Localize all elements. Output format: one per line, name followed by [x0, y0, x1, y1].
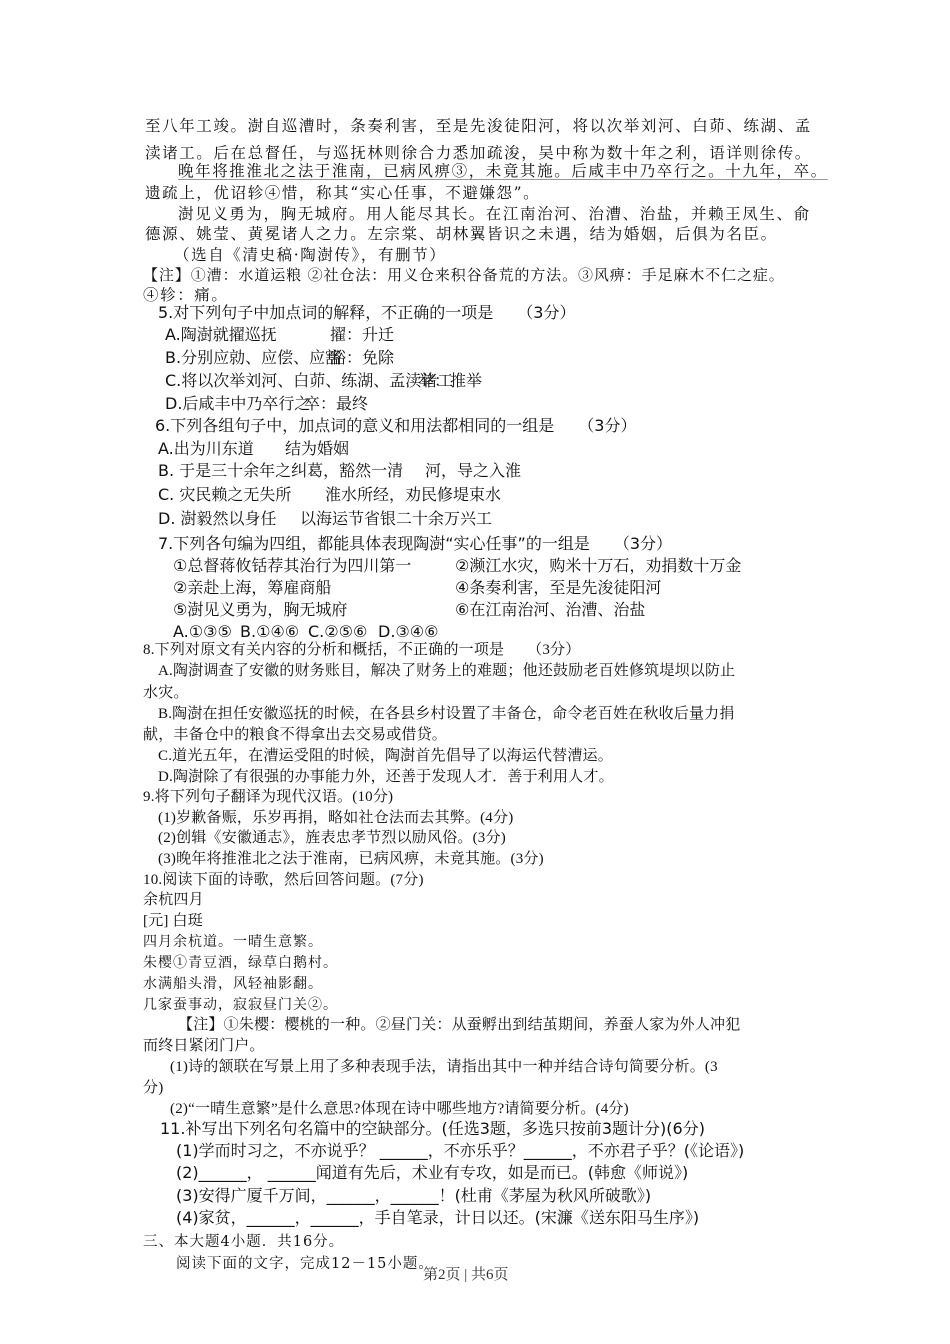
passage-source: （选自《清史稿·陶澍传》，有删节） — [174, 248, 446, 264]
q7-choice-a: A.①③⑤ — [173, 624, 232, 640]
q6-option-a: A.出为川东道 — [158, 441, 254, 457]
q5-option-d-gloss: 卒：最终 — [304, 396, 368, 412]
poem-line: 四月余杭道。一晴生意繁。 — [143, 935, 323, 949]
q11-item-3: (3)安得广厦千万间，______，______！(杜甫《茅屋为秋风所破歌》) — [176, 1188, 651, 1204]
q11-item-1: (1)学而时习之，不亦说乎？ ______，不亦乐乎？______，不亦君子乎？… — [176, 1143, 744, 1159]
section-3-instruction: 阅读下面的文字，完成12－15小题。 — [176, 1257, 434, 1272]
passage-line: 至八年工竣。澍自巡漕时，条奏利害，至是先浚徒阳河，将以次举刘河、白茆、练湖、孟 — [145, 119, 812, 135]
q6-option-d-second: 以海运节省银二十余万兴工 — [300, 511, 492, 527]
q7-item: ②濒江水灾，购米十万石，劝捐数十万金 — [455, 558, 741, 574]
q7-item: ②亲赴上海，筹雇商船 — [173, 580, 331, 596]
poem-notes-cont: 而终日紧闭门户。 — [143, 1039, 265, 1054]
q9-item: (1)岁歉备赈，乐岁再捐，略如社仓法而去其弊。(4分) — [158, 811, 513, 826]
q9-item: (3)晚年将推淮北之法于淮南，已病风痹，未竟其施。(3分) — [158, 852, 544, 867]
question-8-stem: 8.下列对原文有关内容的分析和概括，不正确的一项是 （3分） — [143, 643, 580, 658]
q8-option-b: B.陶澍在担任安徽巡抚的时候，在各县乡村设置了丰备仓，命令老百姓在秋收后量力捐 — [158, 707, 735, 722]
passage-line: 晚年将推淮北之法于淮南，已病风痹③，未竟其施。后咸丰中乃卒行之。十九年，卒。 — [178, 164, 828, 180]
q6-option-d: D. 澍毅然以身任 — [158, 511, 277, 527]
q9-item: (2)创辑《安徽通志》，旌表忠孝节烈以励风俗。(3分) — [158, 831, 506, 846]
q6-option-a-second: 结为婚姻 — [285, 441, 349, 457]
poem-notes: 【注】①朱樱：樱桃的一种。②昼门关：从蚕孵出到结茧期间，养蚕人家为外人冲犯 — [178, 1018, 740, 1033]
poem-line: 几家蚕事动，寂寂昼门关②。 — [143, 998, 338, 1012]
q8-option-c: C.道光五年，在漕运受阻的时候，陶澍首先倡导了以海运代替漕运。 — [158, 749, 613, 764]
q8-option-b-cont: 献，丰备仓中的粮食不得拿出去交易或借贷。 — [143, 728, 447, 743]
q8-option-a: A.陶澍调查了安徽的财务账目，解决了财务上的难题；他还鼓励老百姓修筑堤坝以防止 — [158, 664, 735, 679]
question-9-stem: 9.将下列句子翻译为现代汉语。(10分) — [143, 790, 393, 805]
q6-option-b-second: 河，导之入淮 — [425, 463, 521, 479]
question-11-stem: 11.补写出下列名句名篇中的空缺部分。(任选3题，多选只按前3题计分)(6分) — [160, 1121, 705, 1137]
q6-option-c-second: 淮水所经，劝民修堤束水 — [325, 487, 501, 503]
q7-item: ⑤澍见义勇为，胸无城府 — [173, 602, 347, 618]
q5-option-b-gloss: 豁：免除 — [330, 350, 394, 366]
poem-title: 余杭四月 — [143, 893, 204, 908]
question-10-stem: 10.阅读下面的诗歌，然后回答问题。(7分) — [143, 873, 424, 888]
q5-option-c-gloss: 举：推举 — [418, 373, 482, 389]
q6-option-b: B. 于是三十余年之纠葛，豁然一清 — [158, 463, 403, 479]
question-5-stem: 5.对下列句子中加点词的解释，不正确的一项是 （3分） — [158, 305, 575, 321]
q6-option-c: C. 灾民赖之无失所 — [158, 487, 291, 503]
q7-choice-c: C.②⑤⑥ — [308, 624, 367, 640]
q7-item: ①总督蒋攸铦荐其治行为四川第一 — [173, 558, 411, 574]
question-7-stem: 7.下列各句编为四组，都能具体表现陶澍“实心任事”的一组是 （3分） — [158, 536, 672, 552]
q7-choice-b: B.①④⑥ — [240, 624, 299, 640]
passage-notes: ④轸：痛。 — [143, 288, 229, 304]
exam-page: 至八年工竣。澍自巡漕时，条奏利害，至是先浚徒阳河，将以次举刘河、白茆、练湖、孟 … — [0, 0, 950, 1344]
section-3-heading: 三、本大题4小题．共16分。 — [143, 1235, 344, 1250]
question-6-stem: 6.下列各组句子中，加点词的意义和用法都相同的一组是 （3分） — [155, 418, 636, 434]
passage-line: 遗疏上，优诏轸④惜，称其“实心任事，不避嫌怨”。 — [145, 186, 540, 202]
q7-choice-d: D.③④⑥ — [378, 624, 438, 640]
passage-line: 渎诸工。后在总督任，与巡抚林则徐合力悉加疏浚，吴中称为数十年之利，语详则徐传。 — [145, 146, 812, 162]
passage-line: 德源、姚莹、黄冕诸人之力。左宗棠、胡林翼皆识之未遇，结为婚姻，后俱为名臣。 — [145, 227, 778, 243]
q7-item: ⑥在江南治河、治漕、治盐 — [455, 602, 645, 618]
q11-item-2: (2)______， ______闻道有先后，术业有专攻，如是而已。(韩愈《师说… — [176, 1165, 688, 1181]
poem-author: [元] 白珽 — [143, 914, 203, 929]
page-indicator: 第2页 | 共6页 — [423, 1268, 509, 1283]
q5-option-c: C.将以次举刘河、白茆、练湖、孟渎诸工 — [165, 373, 453, 389]
q5-option-d: D.后咸丰中乃卒行之 — [165, 396, 310, 412]
q10-sub-1: (1)诗的颔联在写景上用了多种表现手法，请指出其中一种并结合诗句简要分析。(3 — [170, 1060, 718, 1075]
q8-option-d: D.陶澍除了有很强的办事能力外，还善于发现人才．善于利用人才。 — [158, 770, 614, 785]
passage-line: 澍见义勇为，胸无城府。用人能尽其长。在江南治河、治漕、治盐，并赖王凤生、俞 — [178, 207, 811, 223]
q5-option-a: A.陶澍就擢巡抚 — [165, 327, 277, 343]
q8-option-a-cont: 水灾。 — [143, 686, 189, 701]
q10-sub-2: (2)“一晴生意繁”是什么意思?体现在诗中哪些地方?请简要分析。(4分) — [170, 1102, 629, 1117]
passage-notes: 【注】①漕：水道运粮 ②社仓法：用义仓来积谷备荒的方法。③风痹：手足麻木不仁之症… — [143, 268, 785, 283]
q5-option-a-gloss: 擢：升迁 — [330, 327, 394, 343]
q10-sub-1-cont: 分) — [143, 1081, 163, 1096]
poem-line: 水满船头滑，风轻袖影翻。 — [143, 977, 323, 991]
q11-item-4: (4)家贫，______，______，手自笔录，计日以还。(宋濂《送东阳马生序… — [176, 1210, 699, 1226]
poem-line: 朱樱①青豆酒，绿草白鹅村。 — [143, 956, 338, 970]
q5-option-b: B.分别应勍、应偿、应豁 — [165, 350, 341, 366]
q7-item: ④条奏利害，至是先浚徒阳河 — [455, 580, 661, 596]
